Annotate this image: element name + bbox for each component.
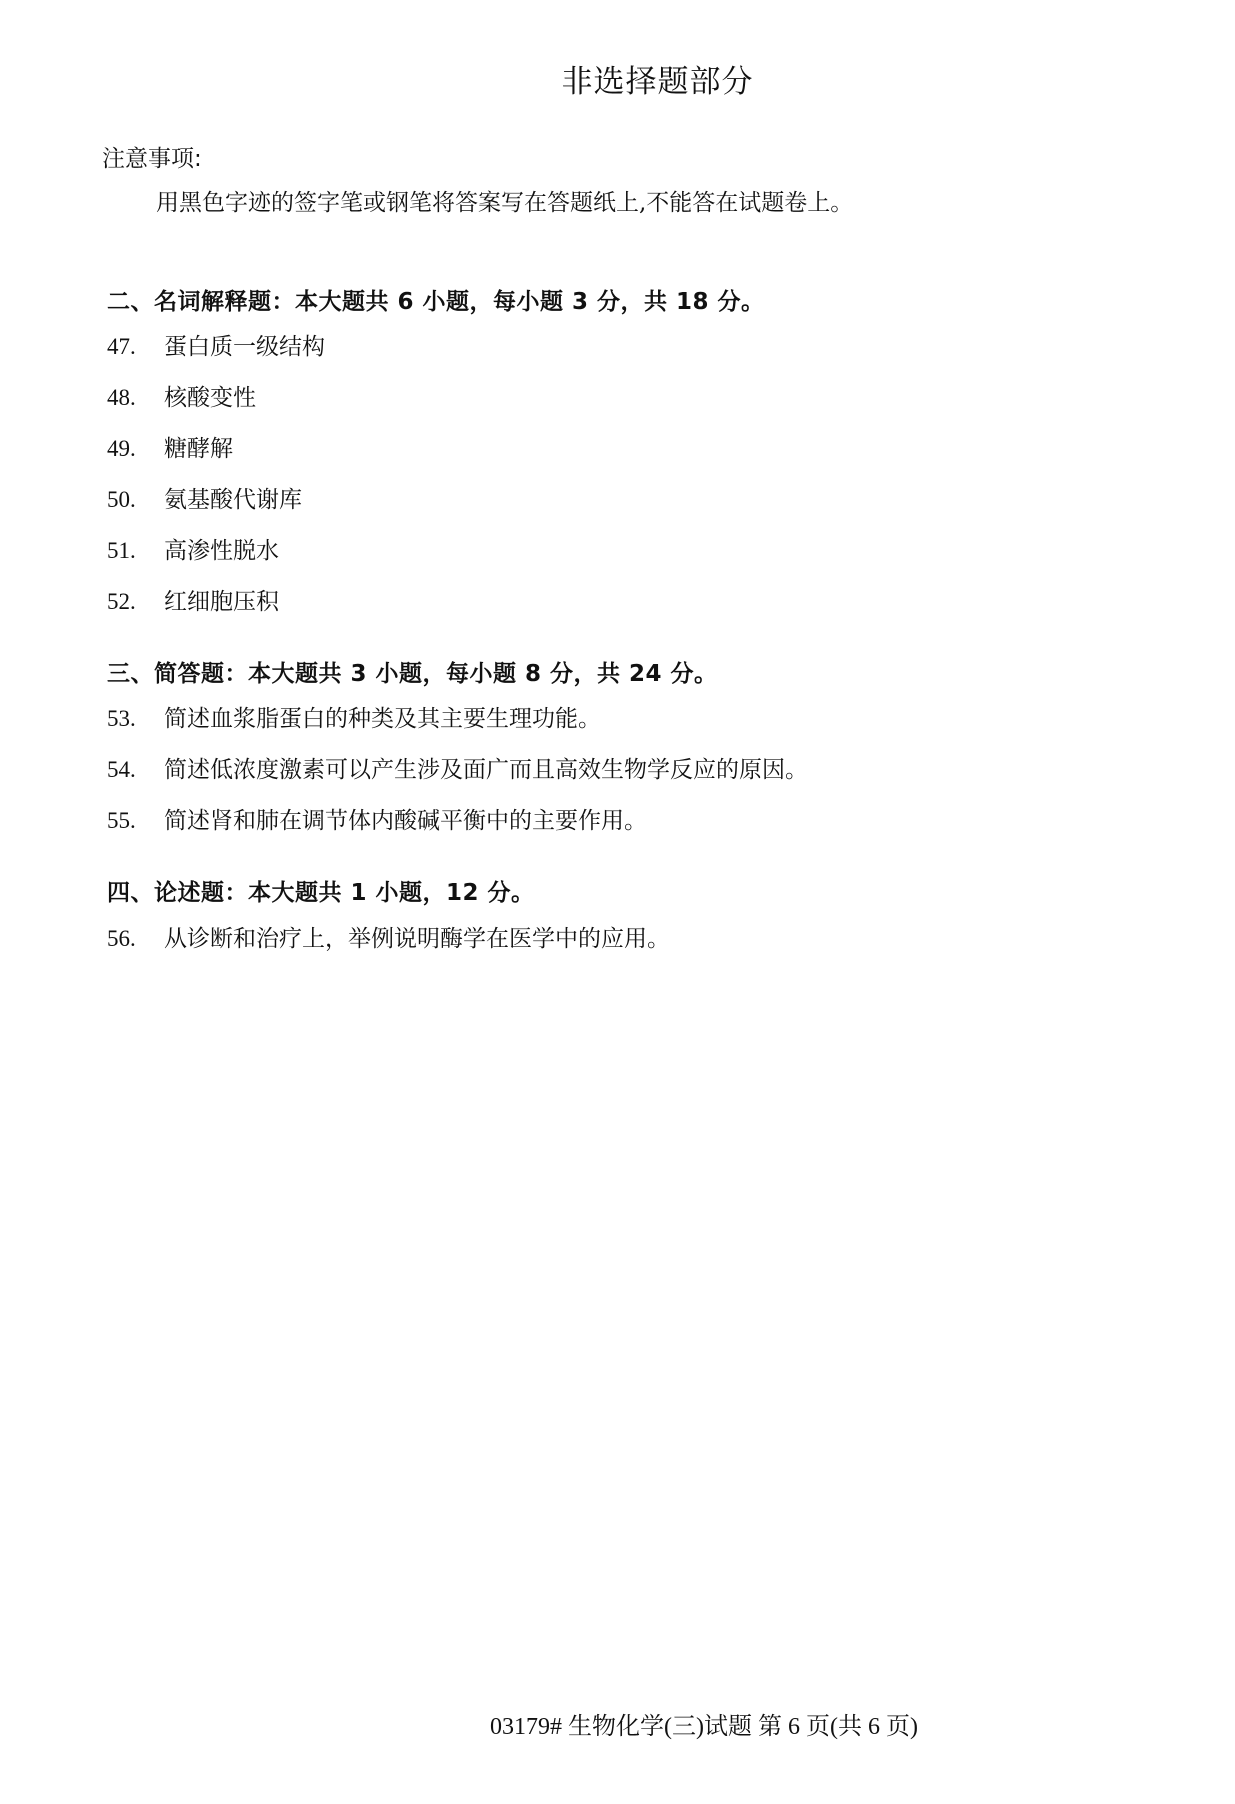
notice-heading: 注意事项: [102,140,202,173]
question-item: 55.简述肾和肺在调节体内酸碱平衡中的主要作用。 [107,802,647,835]
question-item: 54.简述低浓度激素可以产生涉及面广而且高效生物学反应的原因。 [107,751,808,784]
question-item: 51.高渗性脱水 [107,532,279,565]
question-item: 56.从诊断和治疗上，举例说明酶学在医学中的应用。 [107,920,670,953]
section-heading-essay: 四、论述题：本大题共 1 小题，12 分。 [107,874,535,907]
question-item: 50.氨基酸代谢库 [107,481,302,514]
notice-body: 用黑色字迹的签字笔或钢笔将答案写在答题纸上,不能答在试题卷上。 [156,184,853,217]
section-heading-terms: 二、名词解释题：本大题共 6 小题，每小题 3 分，共 18 分。 [107,283,765,316]
question-item: 47.蛋白质一级结构 [107,328,325,361]
question-item: 49.糖酵解 [107,430,233,463]
question-item: 48.核酸变性 [107,379,256,412]
question-item: 52.红细胞压积 [107,583,279,616]
page-footer: 03179# 生物化学(三)试题 第 6 页(共 6 页) [490,1706,918,1741]
section-heading-short-answer: 三、简答题：本大题共 3 小题，每小题 8 分，共 24 分。 [107,655,718,688]
question-item: 53.简述血浆脂蛋白的种类及其主要生理功能。 [107,700,601,733]
page-title: 非选择题部分 [0,56,1235,101]
